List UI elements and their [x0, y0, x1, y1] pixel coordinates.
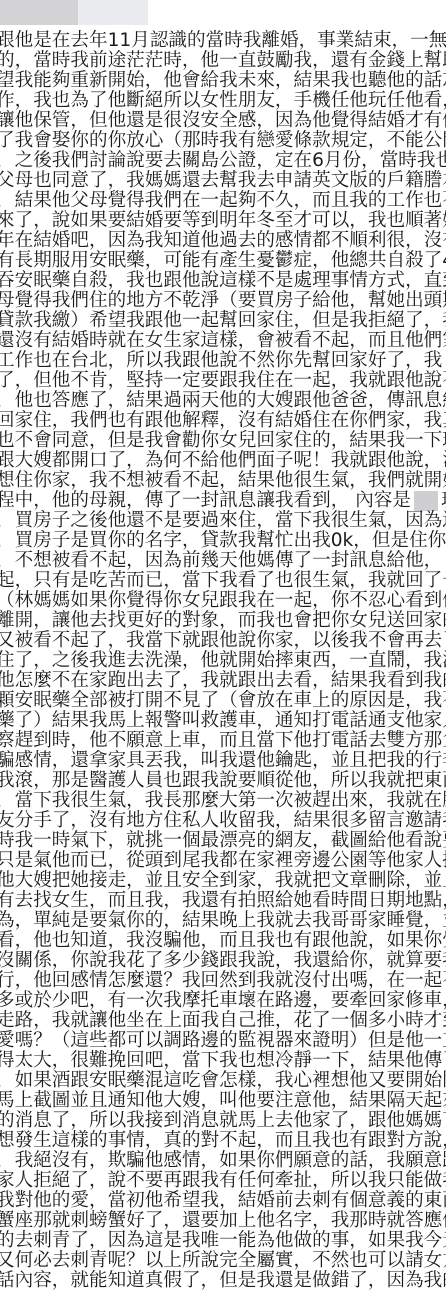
text-line: 察趕到時，他不願意上車，而且當下他打電話去雙方那父母說，說我騙: [0, 731, 446, 751]
text-line: （林媽媽如果你覺得你女兒跟我在一起，你不忍心看到他吃苦，沒關係: [0, 591, 446, 611]
text-line: 得太大，很難挽回吧，當下我也想冷靜一下，結果他傳了一張照片給我: [0, 1051, 446, 1071]
text-line: 離開，讓他去找更好的對象，而我也會把你女兒送回家的）當時覺得: [0, 611, 446, 631]
text-line: 只是氣他而已，從頭到尾我都在家裡旁邊公園等他家人接他回家，一直: [0, 851, 446, 871]
text-line: ，不想被看不起，因為前幾天他媽傳了一封訊息給他， 內容是你跟他: [0, 551, 446, 571]
text-line: 了，但他不肯，堅持一定要跟我住在一起，我就跟他說不然等買房子在: [0, 371, 446, 391]
text-line: 行，他回感情怎麼還？我回然到我就沒付出嗎，在一起不是計較誰出的: [0, 971, 446, 991]
text-line: 了我會娶你的你放心（那時我有戀愛條款規定，不能公開，罰金500: [0, 131, 446, 151]
text-line: ，我絕沒有，欺騙他感情，如果你們願意的話，我願意跟他冥婚，但他: [0, 1151, 446, 1171]
text-line: ，買房子之後他還不是要過來住，當下我很生氣，因為這個是一碼歸一: [0, 511, 446, 531]
text-line: 我滾，那是醫護人員也跟我說要順從他，所以我就把東西全部收到車上: [0, 771, 446, 791]
text-line: 工作也在台北，所以我跟他說不然你先幫回家好了，我自己住台北就好: [0, 351, 446, 371]
text-line: 走路，我就讓他坐在上面我自己推，花了一個多小時才到家，難道這不: [0, 1011, 446, 1031]
text-line: 時我一時氣下，就挑一個最漂亮的網友，截圖給他看說要去住他家，: [0, 831, 446, 851]
text-line: ，當下我很生氣，我長那麼大第一次被趕出來，我就在臉書Po我跟我: [0, 791, 446, 811]
text-line: 友分手了，沒有地方住私人收留我，結果很多留言邀請我去他們家住，: [0, 811, 446, 831]
text-line: 蟹座那就刺螃蟹好了，還要加上他名字，我那時就答應他了，所以我真: [0, 1211, 446, 1231]
text-line: 望我能夠重新開始，他會給我未來，結果我也聽他的話忘記過去，開始: [0, 71, 446, 91]
text-line: 的，當時我前途茫茫時，他一直鼓勵我，還有金錢上幫助我，為了只是: [0, 51, 446, 71]
text-line: 起，只有是吃苦而已，當下我看了也很生氣，我就回了一封簡訊給他: [0, 571, 446, 591]
text-line: ，他也答應了，結果過兩天他的大嫂跟他爸爸，傳訊息給我希望我跟他: [0, 391, 446, 411]
text-line: 他大嫂把她接走，並且安全到家，我就把文章刪除，並且告訴他我根本: [0, 871, 446, 891]
text-line: 作，我也為了他斷絕所以女性朋友，手機任他玩任他看，錢跟所有證件: [0, 91, 446, 111]
text-line: 多或於少吧，有一次我摩托車壞在路邊，要牽回家修車，你說你腳酸不: [0, 991, 446, 1011]
text-line: 他怎麼不在家跑出去了，我就跟出去看，結果我看到我的機車內，一百: [0, 671, 446, 691]
text-line: 為，單純是要氣你的，結果晚上我就去我哥哥家睡覺，並且也有拍照給: [0, 911, 446, 931]
text-line: 的去刺青了，因為這是我唯一能為他做的事，如果我今天不愛他的話: [0, 1231, 446, 1251]
text-line: 母覺得我們住的地方不乾淨（要買房子給他，幫她出頭期款，而我們貸: [0, 291, 446, 311]
text-line: 住了，之後我進去洗澡，他就開始摔東西，一直鬧，我洗完澡出來，看: [0, 651, 446, 671]
text-line: 有長期服用安眠藥，可能有產生憂鬱症，他總共自殺了4次，只要吵架: [0, 251, 446, 271]
text-line: 馬上截圖並且通知他大嫂，叫他要注意他，結果隔天起來，就聽到他: [0, 1091, 446, 1111]
text-line: ，結果他父母覺得我們在一起夠不久，而且我的工作也不穩定，所以: [0, 191, 446, 211]
text-line: 父母也同意了，我媽媽還去幫我去申請英文版的戶籍謄本，伴郎也找好: [0, 171, 446, 191]
text-segment: 程中，他的母親，傳了一封訊息讓我看到， 內容是: [0, 490, 411, 511]
text-line: 吞安眠藥自殺，我也跟他說這樣不是處理事情方式，直到最後一次，他: [0, 271, 446, 291]
inline-redaction-block: [414, 491, 438, 511]
text-line: ，買房子是買你的名字，貸款我幫忙出我0k，但是住你家的自尊心的: [0, 531, 446, 551]
text-line: 騙感情，還拿家具丟我，叫我還他鑰匙，並且把我的行李，都丟在外面: [0, 751, 446, 771]
text-line: 想住你家，我不想被看不起，結果他很生氣，我們就開始吵架，吵架的: [0, 471, 446, 491]
text-line: 跟他是在去年11月認識的當時我離婚，事業結束，一無所有的時候認識: [0, 31, 446, 51]
text-line: ，如果酒跟安眠藥混這吃會怎樣，我心裡想他又要開始鬧自殺了，當下: [0, 1071, 446, 1091]
text-line: 我對他的愛，當初他希望我，結婚前去刺有個意義的東西，他就說他巨: [0, 1191, 446, 1211]
text-line: 還沒有結婚時就在女生家這樣，會被看不起，而且他們家總共16人，我: [0, 331, 446, 351]
text-line: 來了，說如果要結婚要等到明年冬至才可以，我也順著她家人的意思: [0, 211, 446, 231]
text-line: ，之後我們討論說要去關島公證，定在6月份，當時我也告知我父母，: [0, 151, 446, 171]
text-line: 沒關係，你說我花了多少錢跟我說，我還給你，就算要我去借或簽本票: [0, 951, 446, 971]
text-line: 貸款我繳）希望我跟他一起幫回家住，但是我拒絕了，我覺得一個男生: [0, 311, 446, 331]
post-body-text: 跟他是在去年11月認識的當時我離婚，事業結束，一無所有的時候認識的，當時我前途茫…: [0, 0, 446, 1293]
text-line: 回家住，我們也有跟他解釋，沒有結婚住在你們家，我真的不想，我家: [0, 411, 446, 431]
text-line: 也不會同意，但是我會勸你女兒回家住的，結果我一下班到家，他說我: [0, 431, 446, 451]
text-line: 有去找女生，而且我，我還有拍照給她看時間日期地點，我有解釋那行: [0, 891, 446, 911]
text-line: 又被看不起了，我當下就跟他說你家，以後我不會再去了，新房子我也: [0, 631, 446, 651]
text-segment: 現在不來住我: [441, 490, 446, 511]
text-line: 又何必去刺青呢？以上所說完全屬實，不然也可以請女方，反拍所有的: [0, 1251, 446, 1271]
text-line: 想發生這樣的事情，真的對不起，而且我也有跟對方說，我是真心愛他: [0, 1131, 446, 1151]
text-line: 愛嗎？（這些都可以調路邊的監視器來證明）但是他一直覺得這次事情: [0, 1031, 446, 1051]
text-line: 家人拒絕了，說不要再跟我有任何牽扯，所以我只能做我能做的事，用: [0, 1171, 446, 1191]
text-line: 藥了）結果我馬上報警叫救護車，通知打電話通支他家人，救護人員跟: [0, 711, 446, 731]
text-line: 讓他保管，但他還是很沒安全感，因為他覺得結婚才有保障，我也答應: [0, 111, 446, 131]
text-line: 話內容，就能知道真假了，但是我還是做錯了，因為我的關係而去害: [0, 1271, 446, 1291]
text-line: 跟大嫂都開口了，為何不給他們面子呢！我就跟他說，沒有結婚我真的: [0, 451, 446, 471]
text-line: 看，他也知道，我沒騙他，而且我也有跟他說，如果你覺得我是騙錢騙: [0, 931, 446, 951]
text-line: 的消息了，所以我接到消息就馬上去他家了，跟他媽媽下跪道歉說我沒: [0, 1111, 446, 1131]
text-line: 年在結婚吧，因為我知道他過去的感情都不順利很，沒有安全感，而且: [0, 231, 446, 251]
text-line: 程中，他的母親，傳了一封訊息讓我看到， 內容是現在不來住我: [0, 491, 446, 511]
text-line: 顆安眠藥全部被打開不見了（會放在車上的原因是，我不要讓他再吃安: [0, 691, 446, 711]
